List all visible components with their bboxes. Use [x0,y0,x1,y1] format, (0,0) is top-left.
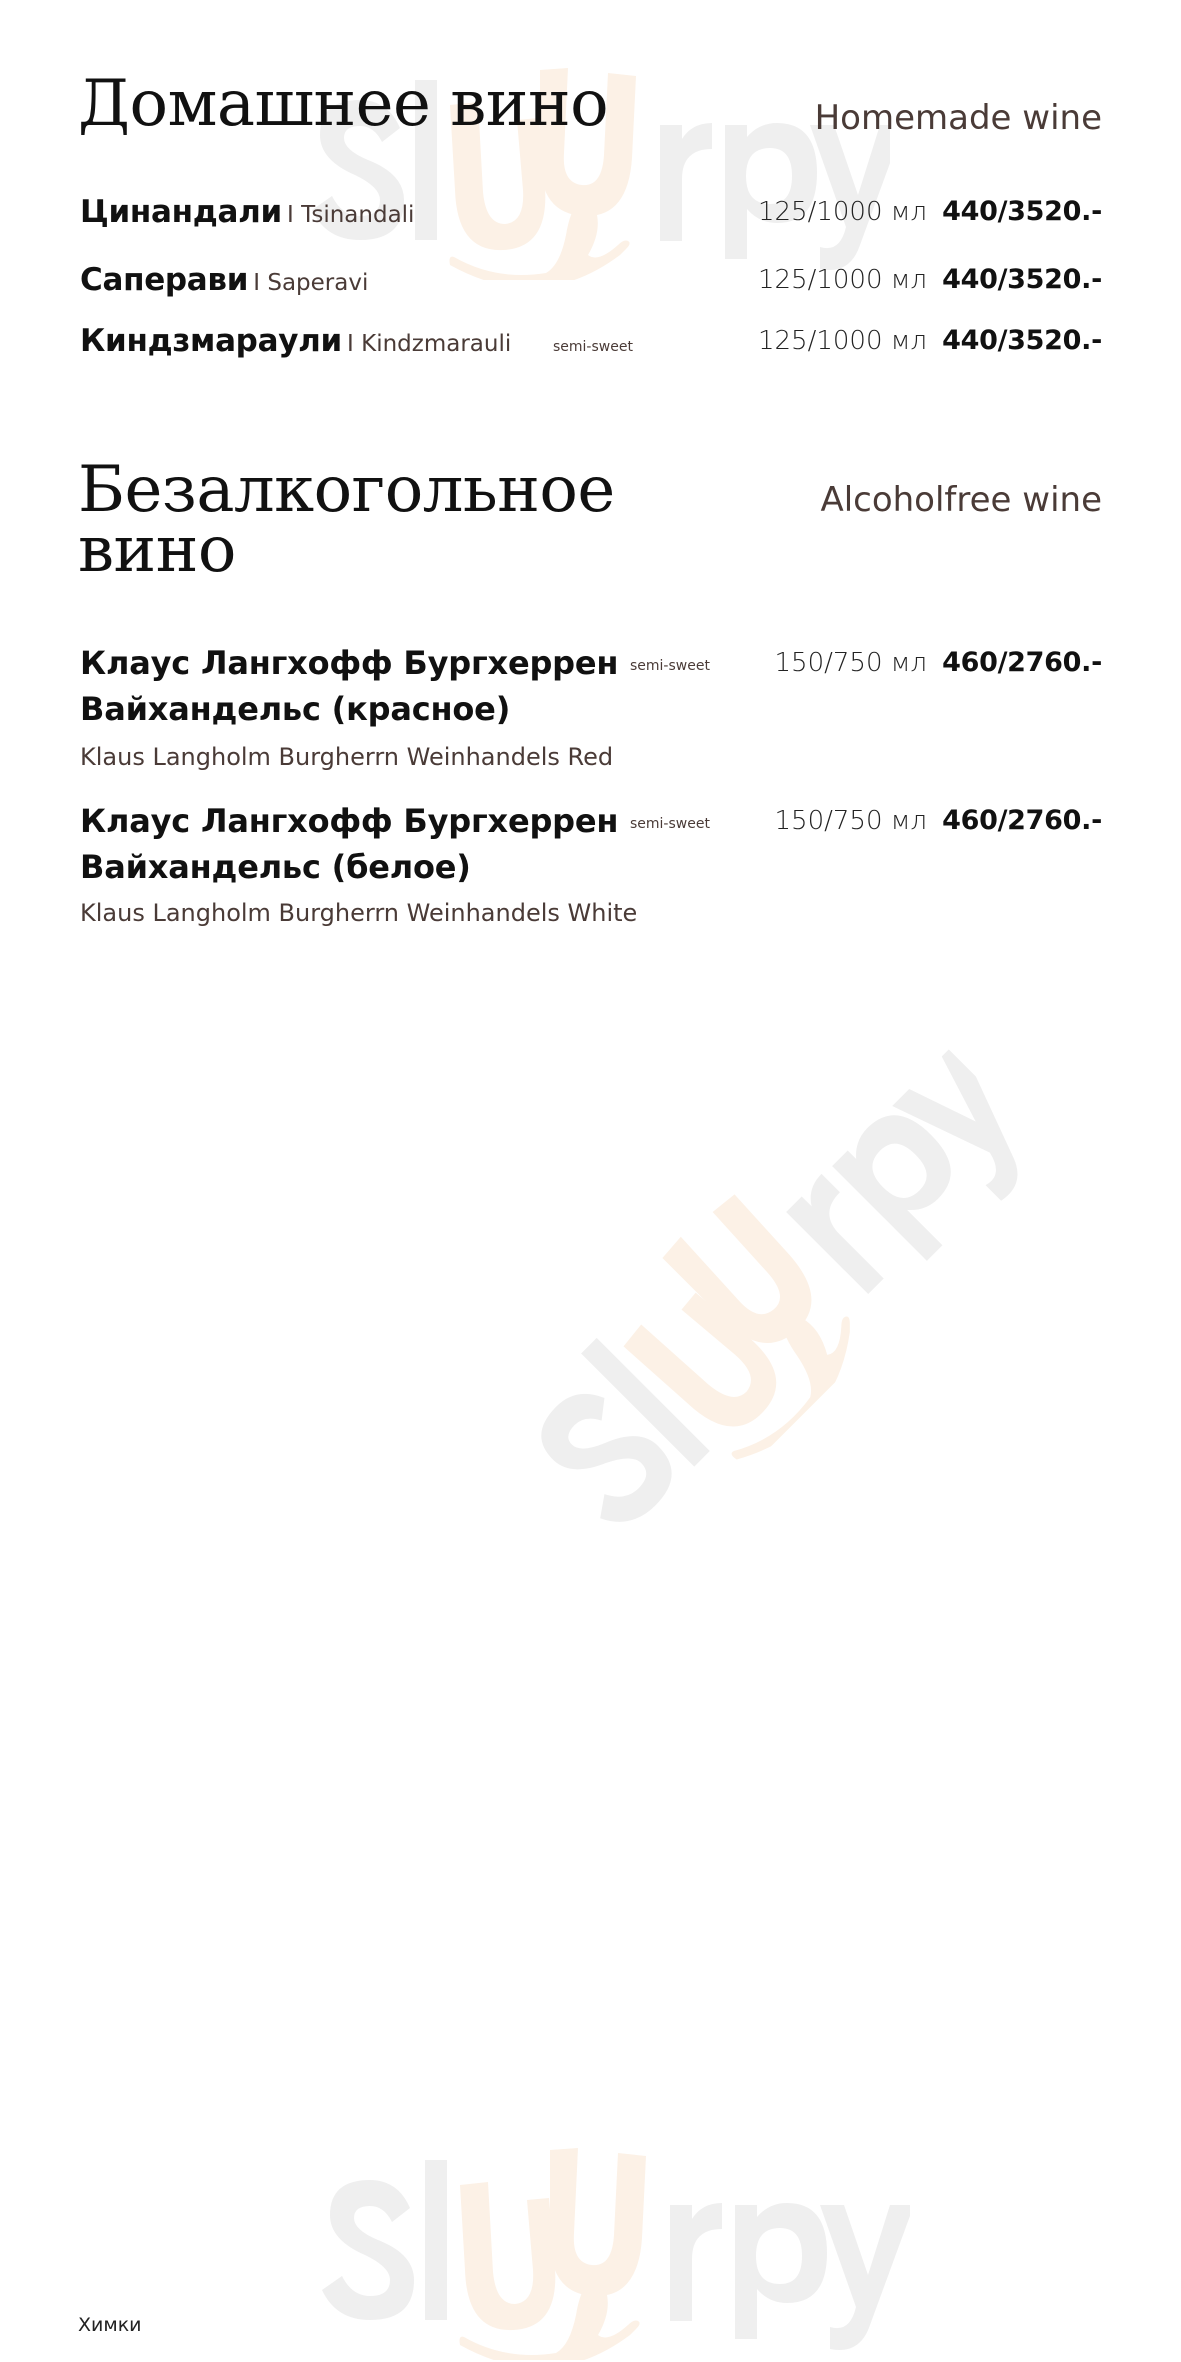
item-volume: 125/1000 мл [758,321,927,361]
menu-item: Цинандали I Tsinandali 125/1000 мл 440/3… [80,192,1102,238]
item-name-en: Klaus Langholm Burgherrn Weinhandels Red [80,737,613,777]
item-name-ru-line2: Вайхандельс (красное) [80,686,510,732]
section-title-ru-line1: Безалкогольное [78,460,615,520]
item-name-ru: Цинандали [80,194,282,230]
item-volume: 125/1000 мл [758,260,927,300]
item-volume: 150/750 мл [774,801,927,841]
item-name-en: Klaus Langholm Burgherrn Weinhandels Whi… [80,893,637,933]
item-name-en: I Kindzmarauli [347,331,511,357]
item-price: 460/2760.- [942,801,1102,841]
item-name: Киндзмараули I Kindzmarauli [80,321,511,366]
item-tag: semi-sweet [553,337,633,357]
item-name-en: I Tsinandali [287,202,414,228]
location-label: Химки [78,2312,142,2338]
item-price: 440/3520.- [942,321,1102,361]
item-price: 440/3520.- [942,192,1102,232]
item-name-ru: Киндзмараули [80,323,342,359]
item-tag: semi-sweet [630,656,710,676]
menu-item: Киндзмараули I Kindzmarauli semi-sweet 1… [80,321,1102,367]
menu-item: Клаус Лангхофф Бургхеррен Вайхандельс (к… [80,640,1102,780]
item-name-ru-line2: Вайхандельс (белое) [80,844,471,890]
item-name-ru: Саперави [80,262,248,298]
section-title-en: Alcoholfree wine [820,480,1102,520]
item-name: Саперави I Saperavi [80,260,368,305]
item-volume: 125/1000 мл [758,192,927,232]
item-name: Цинандали I Tsinandali [80,192,414,237]
item-name-ru-line1: Клаус Лангхофф Бургхеррен [80,640,618,686]
item-name-ru-line1: Клаус Лангхофф Бургхеррен [80,798,618,844]
item-price: 460/2760.- [942,643,1102,683]
section-title-ru: Домашнее вино [78,74,608,134]
menu-item: Саперави I Saperavi 125/1000 мл 440/3520… [80,260,1102,306]
menu-item: Клаус Лангхофф Бургхеррен Вайхандельс (б… [80,798,1102,938]
menu-page: Домашнее вино Homemade wine Цинандали I … [0,0,1181,2362]
section-title-en: Homemade wine [815,98,1102,138]
item-name-en: I Saperavi [253,270,368,296]
item-tag: semi-sweet [630,814,710,834]
section-title-ru: Безалкогольное вино [78,460,615,580]
item-price: 440/3520.- [942,260,1102,300]
item-volume: 150/750 мл [774,643,927,683]
section-title-ru-line2: вино [78,520,615,580]
